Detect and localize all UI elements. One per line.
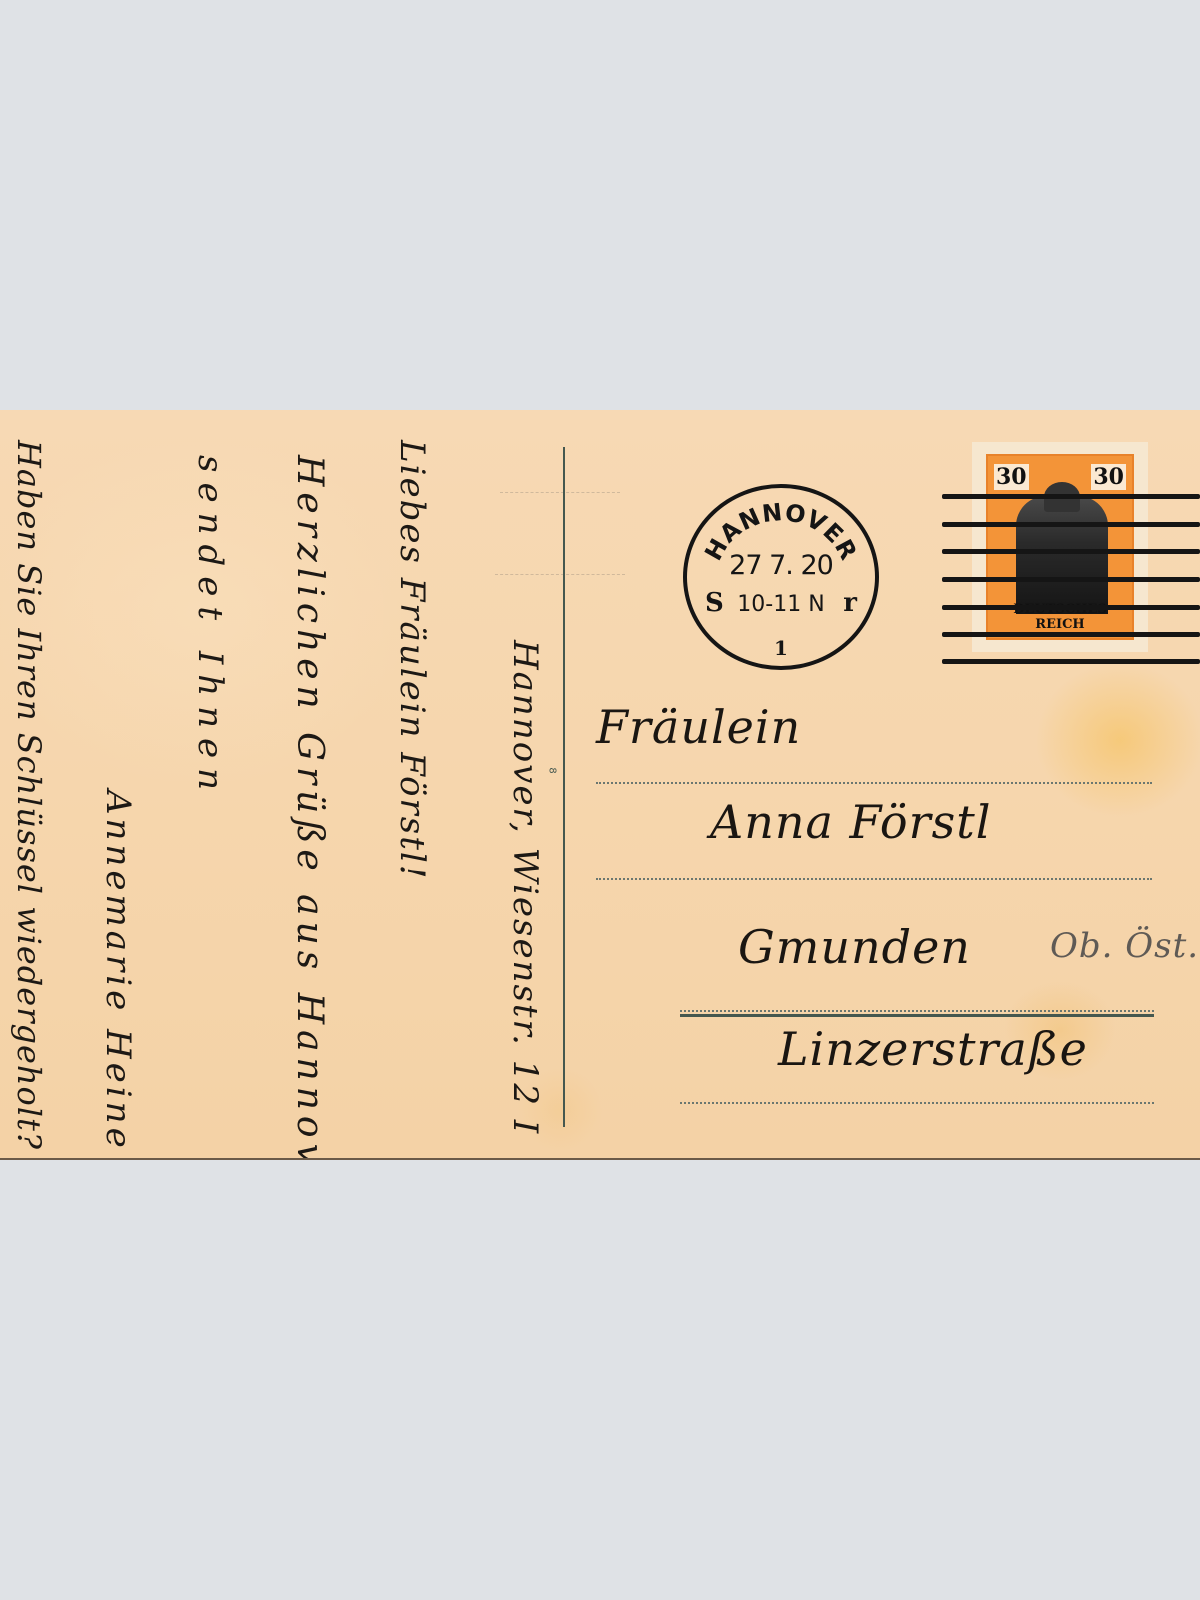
address-line-3-region: Ob. Öst. [1050, 926, 1199, 966]
address-rule-1 [596, 782, 1152, 784]
address-rule-3 [680, 1014, 1154, 1017]
cancellation-bar [942, 494, 1200, 499]
message-line-1: Herzlichen Grüße aus Hannover [289, 455, 330, 1160]
cancellation-bar [942, 659, 1200, 664]
card-divider [563, 447, 565, 1127]
message-line-4: Haben Sie Ihren Schlüssel wiedergeholt? [10, 440, 48, 1150]
sender-address: Hannover, Wiesenstr. 12 I [505, 640, 545, 1135]
address-line-2: Anna Förstl [710, 795, 991, 849]
postmark-letter-right: r [843, 588, 857, 618]
address-line-4: Linzerstraße [778, 1022, 1088, 1076]
stamp-frame: 30 30 DEUTSCHES REICH [986, 454, 1134, 640]
postage-stamp: 30 30 DEUTSCHES REICH [972, 442, 1148, 652]
divider-mark: 8 [547, 767, 558, 773]
postmark-date: 27 7. 20 [687, 550, 875, 581]
address-line-1: Fräulein [596, 700, 801, 754]
salutation: Liebes Fräulein Förstl! [392, 440, 432, 880]
address-rule-2 [596, 878, 1152, 880]
stamp-value-right: 30 [1091, 464, 1126, 490]
message-line-3: Annemarie Heine [98, 790, 138, 1152]
address-rule-4 [680, 1102, 1154, 1104]
cancellation-bar [942, 577, 1200, 582]
faint-print-line [495, 574, 625, 575]
cancellation-bar [942, 605, 1200, 610]
message-line-2: sendet Ihnen [190, 455, 230, 800]
stamp-value-left: 30 [994, 464, 1029, 490]
cancellation-bar [942, 632, 1200, 637]
cancellation-bar [942, 549, 1200, 554]
postmark: HANNOVER 27 7. 20 S 10-11 N r 1 [683, 484, 879, 670]
germania-portrait-icon [1016, 496, 1108, 614]
faint-print-line [500, 492, 620, 493]
postcard: 8 Hannover, Wiesenstr. 12 I Liebes Fräul… [0, 410, 1200, 1160]
postmark-office-number: 1 [687, 636, 875, 660]
cancellation-bar [942, 522, 1200, 527]
address-line-3-city: Gmunden [738, 920, 971, 974]
